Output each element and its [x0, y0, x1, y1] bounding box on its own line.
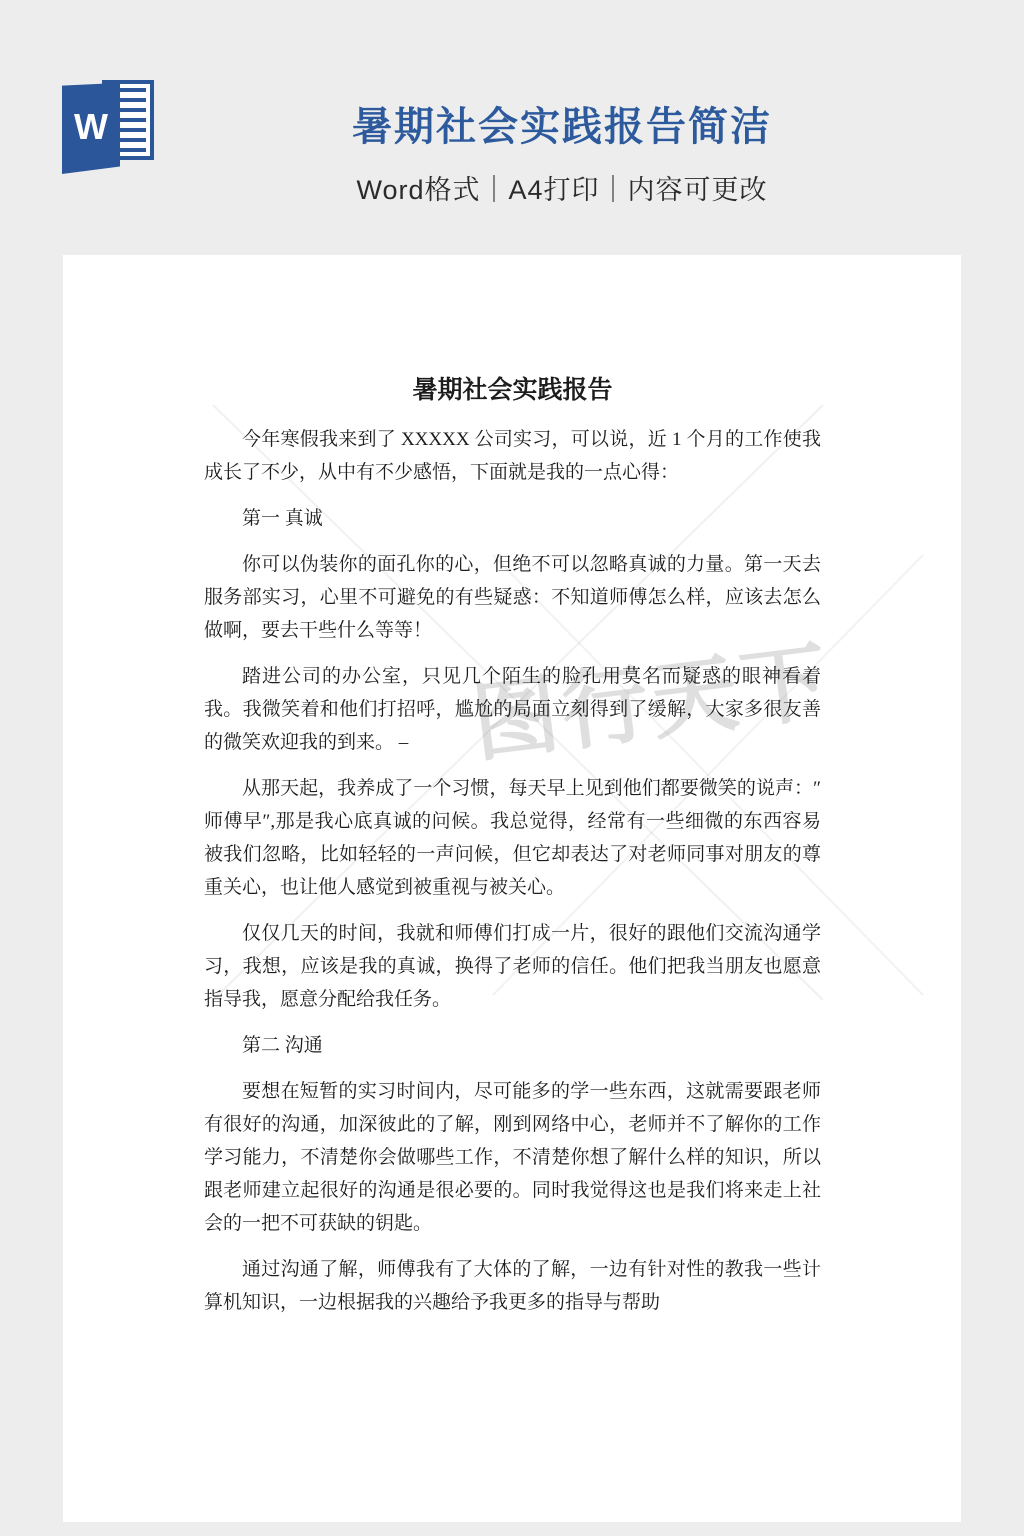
- body-paragraph: 从那天起，我养成了一个习惯，每天早上见到他们都要微笑的说声：″师傅早″,那是我心…: [204, 772, 821, 904]
- body-paragraph: 你可以伪装你的面孔你的心，但绝不可以忽略真诚的力量。第一天去服务部实习，心里不可…: [204, 548, 821, 647]
- body-paragraph: 踏进公司的办公室，只见几个陌生的脸孔用莫名而疑惑的眼神看着我。我微笑着和他们打招…: [204, 660, 821, 759]
- section-heading: 第二 沟通: [204, 1029, 821, 1062]
- body-paragraph: 仅仅几天的时间，我就和师傅们打成一片，很好的跟他们交流沟通学习，我想，应该是我的…: [204, 917, 821, 1016]
- document-title: 暑期社会实践报告: [204, 374, 821, 407]
- document-page: 图行天下 暑期社会实践报告 今年寒假我来到了 XXXXX 公司实习，可以说，近 …: [63, 255, 961, 1522]
- body-paragraph: 通过沟通了解，师傅我有了大体的了解，一边有针对性的教我一些计算机知识，一边根据我…: [204, 1253, 821, 1319]
- word-icon-letter: W: [74, 106, 108, 148]
- template-title: 暑期社会实践报告简洁: [110, 95, 1014, 152]
- template-header: W 暑期社会实践报告简洁 Word格式｜A4打印｜内容可更改: [0, 0, 1024, 255]
- template-subtitle: Word格式｜A4打印｜内容可更改: [110, 168, 1014, 207]
- section-heading: 第一 真诚: [204, 502, 821, 535]
- paragraph-list: 今年寒假我来到了 XXXXX 公司实习，可以说，近 1 个月的工作使我成长了不少…: [204, 423, 821, 1319]
- body-paragraph: 要想在短暂的实习时间内，尽可能多的学一些东西，这就需要跟老师有很好的沟通，加深彼…: [204, 1075, 821, 1240]
- document-content: 暑期社会实践报告 今年寒假我来到了 XXXXX 公司实习，可以说，近 1 个月的…: [204, 374, 821, 1319]
- body-paragraph: 今年寒假我来到了 XXXXX 公司实习，可以说，近 1 个月的工作使我成长了不少…: [204, 423, 821, 489]
